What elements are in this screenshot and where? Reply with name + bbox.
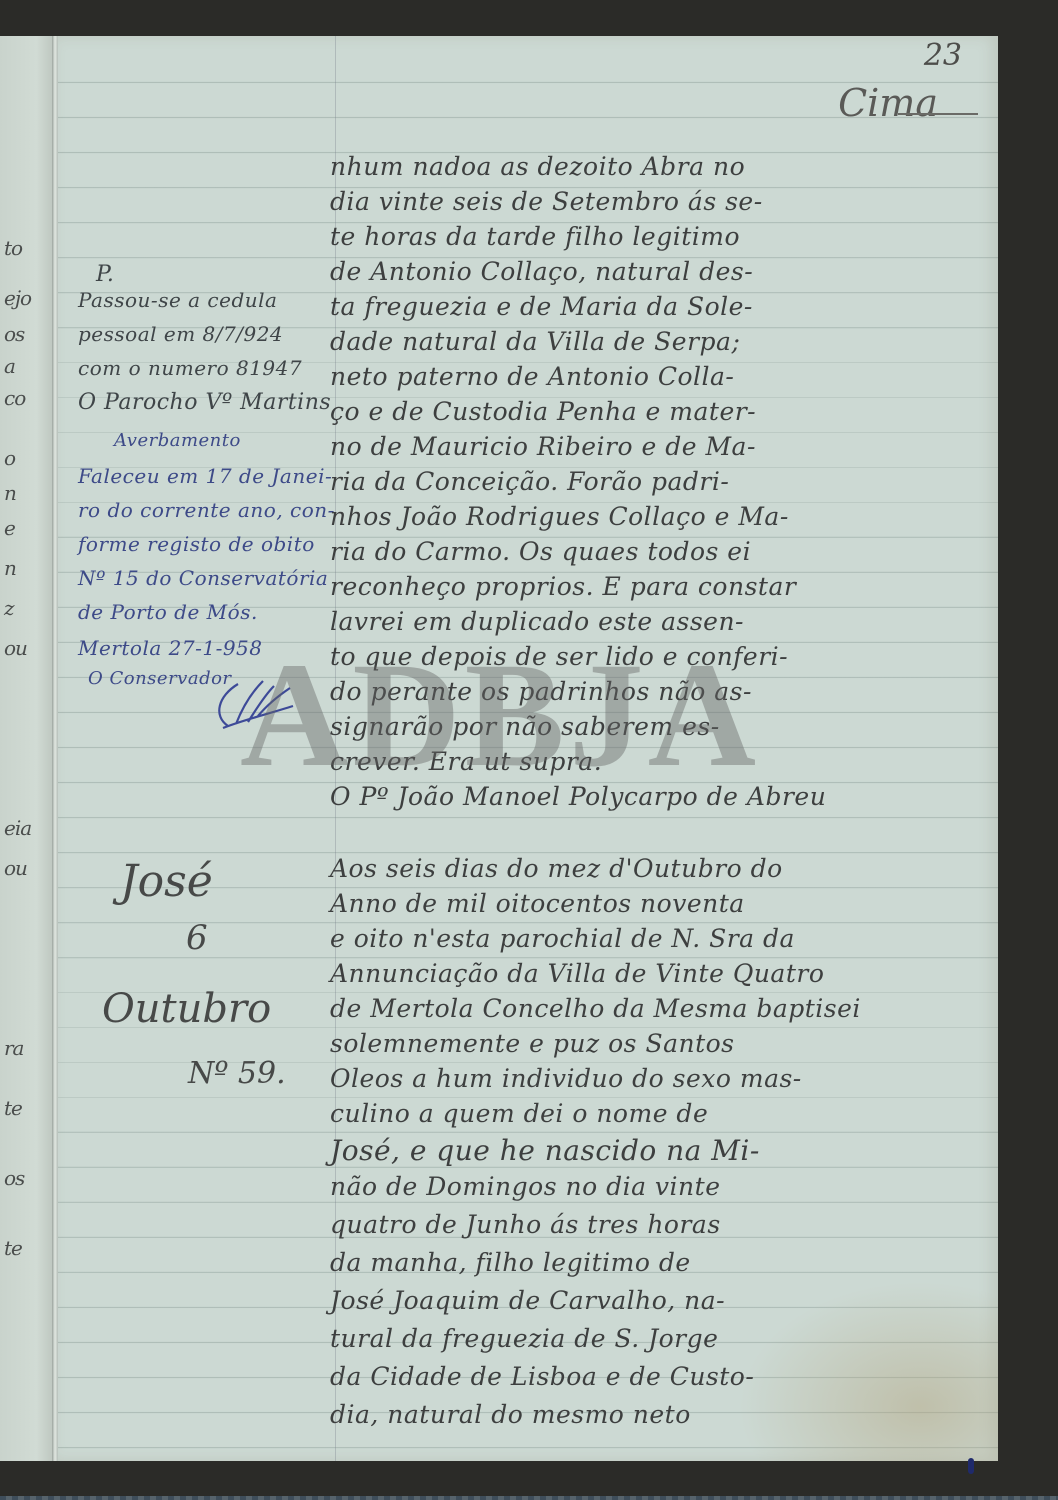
text-line: ria do Carmo. Os quaes todos ei	[330, 537, 751, 566]
text-line: não de Domingos no dia vinte	[330, 1172, 721, 1201]
annotation-line: forme registo de obito	[78, 532, 315, 556]
left-page-fragment: co	[4, 386, 25, 410]
text-line: solemnemente e puz os Santos	[330, 1029, 735, 1058]
annotation-date: Mertola 27-1-958	[78, 636, 263, 660]
page-header-word: Cima	[838, 81, 938, 125]
text-line: ta freguezia e de Maria da Sole-	[330, 292, 753, 321]
entry-2-number: Nº 59.	[188, 1056, 286, 1091]
left-page-fragment: ejo	[4, 286, 31, 310]
text-line: nhum nadoa as dezoito Abra no	[330, 152, 745, 181]
text-line: reconheço proprios. E para constar	[330, 572, 796, 601]
left-page-fragment: te	[4, 1236, 22, 1260]
text-line: e oito n'esta parochial de N. Sra da	[330, 924, 795, 953]
left-page-fragment: ou	[4, 856, 27, 880]
pencil-note-line: O Parocho Vº Martins	[78, 390, 331, 415]
text-line: nhos João Rodrigues Collaço e Ma-	[330, 502, 789, 531]
left-page-fragment: te	[4, 1096, 22, 1120]
pencil-note-line: Passou-se a cedula	[78, 288, 277, 312]
pencil-note-line: com o numero 81947	[78, 356, 302, 380]
text-line: José, e que he nascido na Mi-	[330, 1134, 760, 1167]
text-line: Annunciação da Villa de Vinte Quatro	[330, 959, 824, 988]
text-line: da Cidade de Lisboa e de Custo-	[330, 1362, 754, 1391]
text-line: ço e de Custodia Penha e mater-	[330, 397, 756, 426]
text-line: culino a quem dei o nome de	[330, 1099, 708, 1128]
text-line: Oleos a hum individuo do sexo mas-	[330, 1064, 802, 1093]
scan-color-strip	[0, 1496, 1058, 1500]
text-line: dia vinte seis de Setembro ás se-	[330, 187, 763, 216]
archive-watermark: ADBJA	[240, 640, 760, 790]
text-line: dia, natural do mesmo neto	[330, 1400, 691, 1429]
annotation-title: Averbamento	[114, 430, 241, 451]
text-line: Aos seis dias do mez d'Outubro do	[330, 854, 783, 883]
text-line: te horas da tarde filho legitimo	[330, 222, 740, 251]
left-page-strip: to ejo os a co o n e n z ou eia ou ra te…	[0, 36, 54, 1461]
text-line: de Mertola Concelho da Mesma baptisei	[330, 994, 861, 1023]
pencil-note-mark: P.	[96, 262, 114, 287]
text-line: de Antonio Collaço, natural des-	[330, 257, 753, 286]
text-line: dade natural da Villa de Serpa;	[330, 327, 740, 356]
left-page-fragment: ou	[4, 636, 27, 660]
left-page-fragment: e	[4, 516, 15, 540]
left-page-fragment: a	[4, 354, 15, 378]
annotation-line: de Porto de Mós.	[78, 600, 258, 624]
ink-mark	[968, 1458, 974, 1474]
text-line: Anno de mil oitocentos noventa	[330, 889, 745, 918]
left-page-fragment: to	[4, 236, 22, 260]
left-page-fragment: o	[4, 446, 15, 470]
pencil-note-line: pessoal em 8/7/924	[78, 322, 283, 346]
page-number: 23	[924, 38, 962, 73]
left-page-fragment: n	[4, 556, 16, 580]
entry-2-day: 6	[186, 918, 208, 958]
text-line: neto paterno de Antonio Colla-	[330, 362, 734, 391]
left-page-fragment: os	[4, 1166, 24, 1190]
text-line: quatro de Junho ás tres horas	[330, 1210, 721, 1239]
annotation-line: Faleceu em 17 de Janei-	[78, 464, 332, 488]
paper-stain	[738, 1281, 998, 1461]
annotation-line: ro do corrente ano, con-	[78, 498, 335, 522]
left-page-fragment: os	[4, 322, 24, 346]
left-page-fragment: n	[4, 481, 16, 505]
left-page-fragment: ra	[4, 1036, 23, 1060]
text-line: da manha, filho legitimo de	[330, 1248, 691, 1277]
entry-2-month: Outubro	[102, 986, 271, 1032]
text-line: tural da freguezia de S. Jorge	[330, 1324, 718, 1353]
annotation-line: Nº 15 do Conservatória	[78, 566, 328, 590]
left-page-fragment: z	[4, 596, 14, 620]
entry-2-name: José	[120, 856, 213, 907]
left-page-fragment: eia	[4, 816, 31, 840]
text-line: ria da Conceição. Forão padri-	[330, 467, 729, 496]
text-line: José Joaquim de Carvalho, na-	[330, 1286, 725, 1315]
text-line: no de Mauricio Ribeiro e de Ma-	[330, 432, 756, 461]
